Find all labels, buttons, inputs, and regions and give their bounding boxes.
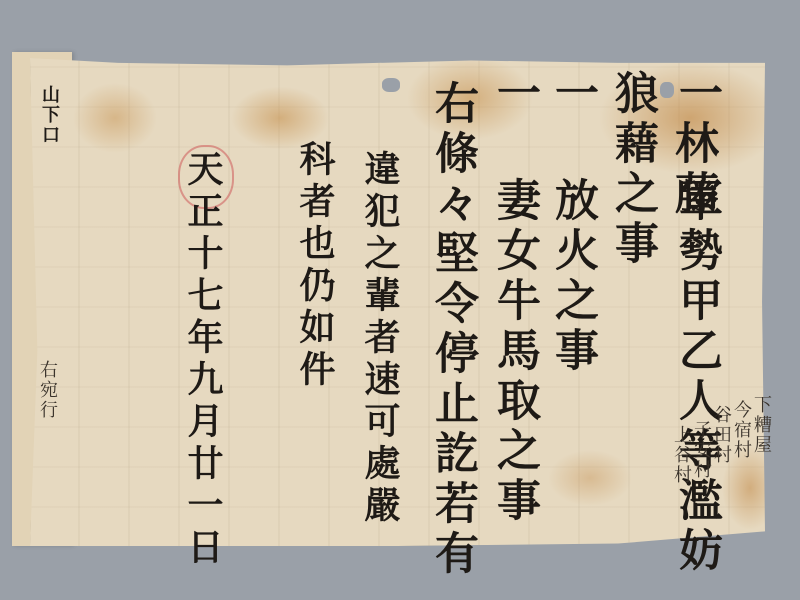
text-column-4: 右條々堅令停止訖若有 <box>420 80 484 580</box>
date-column: 天正十七年九月廿一日 <box>178 150 229 570</box>
paper-hole <box>382 78 400 92</box>
text-column-2: 一 放火之事 <box>540 70 604 377</box>
margin-note-top: 山下口 <box>36 85 62 145</box>
text-column-1: 一 軍勢甲乙人等濫妨狼藉之事 <box>600 70 728 600</box>
addressee: 上谷村 <box>668 425 694 485</box>
text-column-6: 科者也仍如件 <box>290 140 341 392</box>
margin-note-bottom: 右宛行 <box>34 360 60 420</box>
text-column-5: 違犯之輩者速可處嚴 <box>355 150 406 528</box>
text-column-3: 一 妻女牛馬取之事 <box>482 70 546 527</box>
